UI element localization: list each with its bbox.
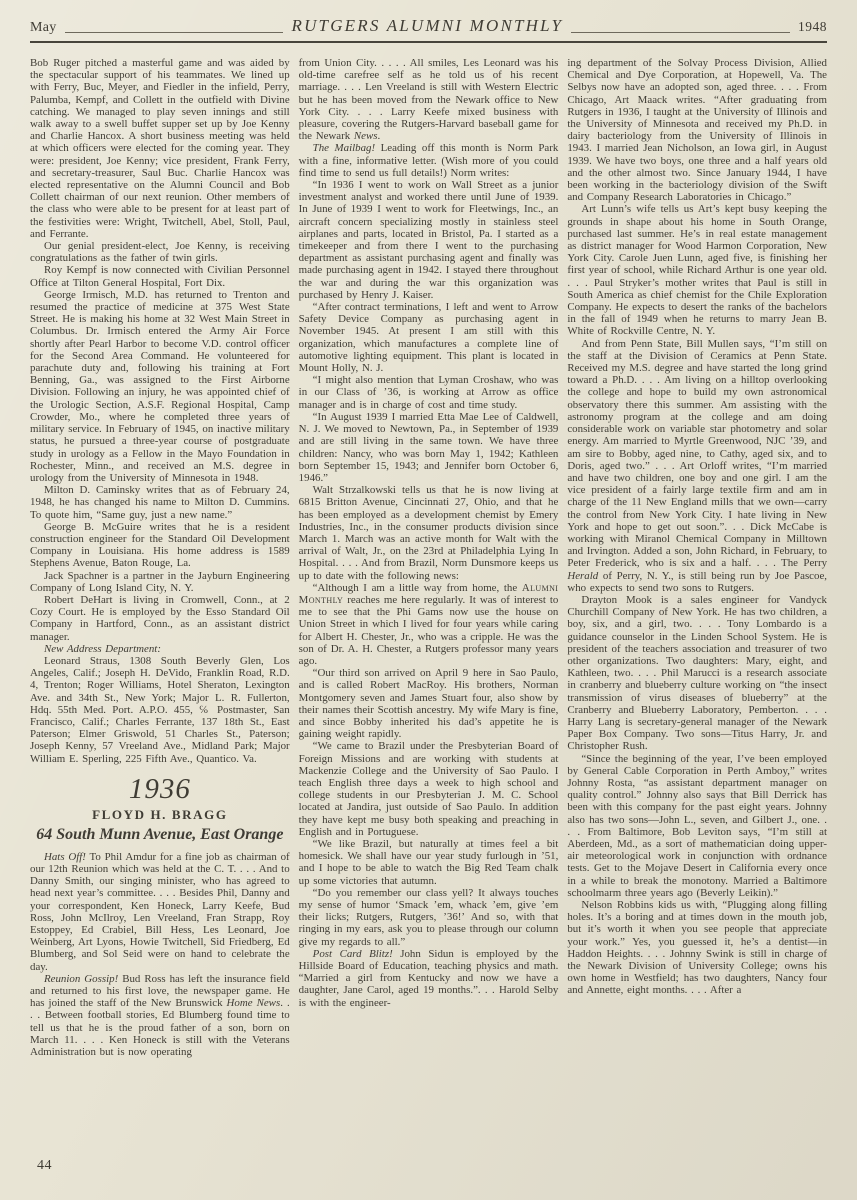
paragraph: “After contract terminations, I left and…	[299, 301, 559, 374]
paragraph: “We like Brazil, but naturally at times …	[299, 838, 559, 887]
paragraph: Leonard Straus, 1308 South Beverly Glen,…	[30, 655, 290, 765]
head-filler-rule-left	[65, 32, 284, 33]
paragraph: George B. McGuire writes that he is a re…	[30, 521, 290, 570]
paragraph: Art Lunn’s wife tells us Art’s kept busy…	[567, 203, 827, 337]
paragraph: Milton D. Caminsky writes that as of Feb…	[30, 484, 290, 521]
column-2: from Union City. . . . . All smiles, Les…	[299, 57, 559, 1155]
column-1: Bob Ruger pitched a masterful game and w…	[30, 57, 290, 1155]
paragraph: ing department of the Solvay Process Div…	[567, 57, 827, 203]
paragraph: Our genial president-elect, Joe Kenny, i…	[30, 240, 290, 264]
paragraph: New Address Department:	[30, 643, 290, 655]
class-secretary-address: 64 South Munn Avenue, East Orange	[30, 825, 290, 844]
paragraph: “In 1936 I went to work on Wall Street a…	[299, 179, 559, 301]
paragraph: Walt Strzalkowski tells us that he is no…	[299, 484, 559, 582]
paragraph: Hats Off! To Phil Amdur for a fine job a…	[30, 851, 290, 973]
paragraph: “Do you remember our class yell? It alwa…	[299, 887, 559, 948]
class-year: 1936	[30, 774, 290, 804]
magazine-title: RUTGERS ALUMNI MONTHLY	[291, 16, 563, 36]
page-number: 44	[37, 1158, 52, 1174]
paragraph: Jack Spachner is a partner in the Jaybur…	[30, 570, 290, 594]
paragraph: “In August 1939 I married Etta Mae Lee o…	[299, 411, 559, 484]
paragraph: Nelson Robbins kids us with, “Plugging a…	[567, 899, 827, 997]
column-1-lower-text: Hats Off! To Phil Amdur for a fine job a…	[30, 851, 290, 1058]
column-1-upper-text: Bob Ruger pitched a masterful game and w…	[30, 57, 290, 765]
paragraph: The Mailbag! Leading off this month is N…	[299, 142, 559, 179]
issue-month: May	[30, 20, 57, 36]
paragraph: Bob Ruger pitched a masterful game and w…	[30, 57, 290, 240]
column-3: ing department of the Solvay Process Div…	[567, 57, 827, 1155]
paragraph: “Although I am a little way from home, t…	[299, 582, 559, 667]
paragraph: “Our third son arrived on April 9 here i…	[299, 667, 559, 740]
issue-year: 1948	[798, 19, 827, 35]
magazine-page: May RUTGERS ALUMNI MONTHLY 1948 Bob Ruge…	[0, 0, 857, 1200]
paragraph: Reunion Gossip! Bud Ross has left the in…	[30, 973, 290, 1058]
running-head: May RUTGERS ALUMNI MONTHLY 1948	[0, 0, 857, 36]
text-columns: Bob Ruger pitched a masterful game and w…	[0, 43, 857, 1155]
head-filler-rule-right	[571, 32, 790, 33]
class-of-1936-heading: 1936 FLOYD H. BRAGG 64 South Munn Avenue…	[30, 774, 290, 844]
paragraph: Drayton Mook is a sales engineer for Van…	[567, 594, 827, 753]
paragraph: Post Card Blitz! John Sidun is employed …	[299, 948, 559, 1009]
paragraph: from Union City. . . . . All smiles, Les…	[299, 57, 559, 142]
paragraph: And from Penn State, Bill Mullen says, “…	[567, 338, 827, 594]
paragraph: Roy Kempf is now connected with Civilian…	[30, 264, 290, 288]
paragraph: “I might also mention that Lyman Croshaw…	[299, 374, 559, 411]
paragraph: “We came to Brazil under the Presbyteria…	[299, 740, 559, 838]
paragraph: Robert DeHart is living in Cromwell, Con…	[30, 594, 290, 643]
paragraph: George Irmisch, M.D. has returned to Tre…	[30, 289, 290, 484]
paragraph: “Since the beginning of the year, I’ve b…	[567, 753, 827, 899]
class-secretary-name: FLOYD H. BRAGG	[30, 807, 290, 823]
